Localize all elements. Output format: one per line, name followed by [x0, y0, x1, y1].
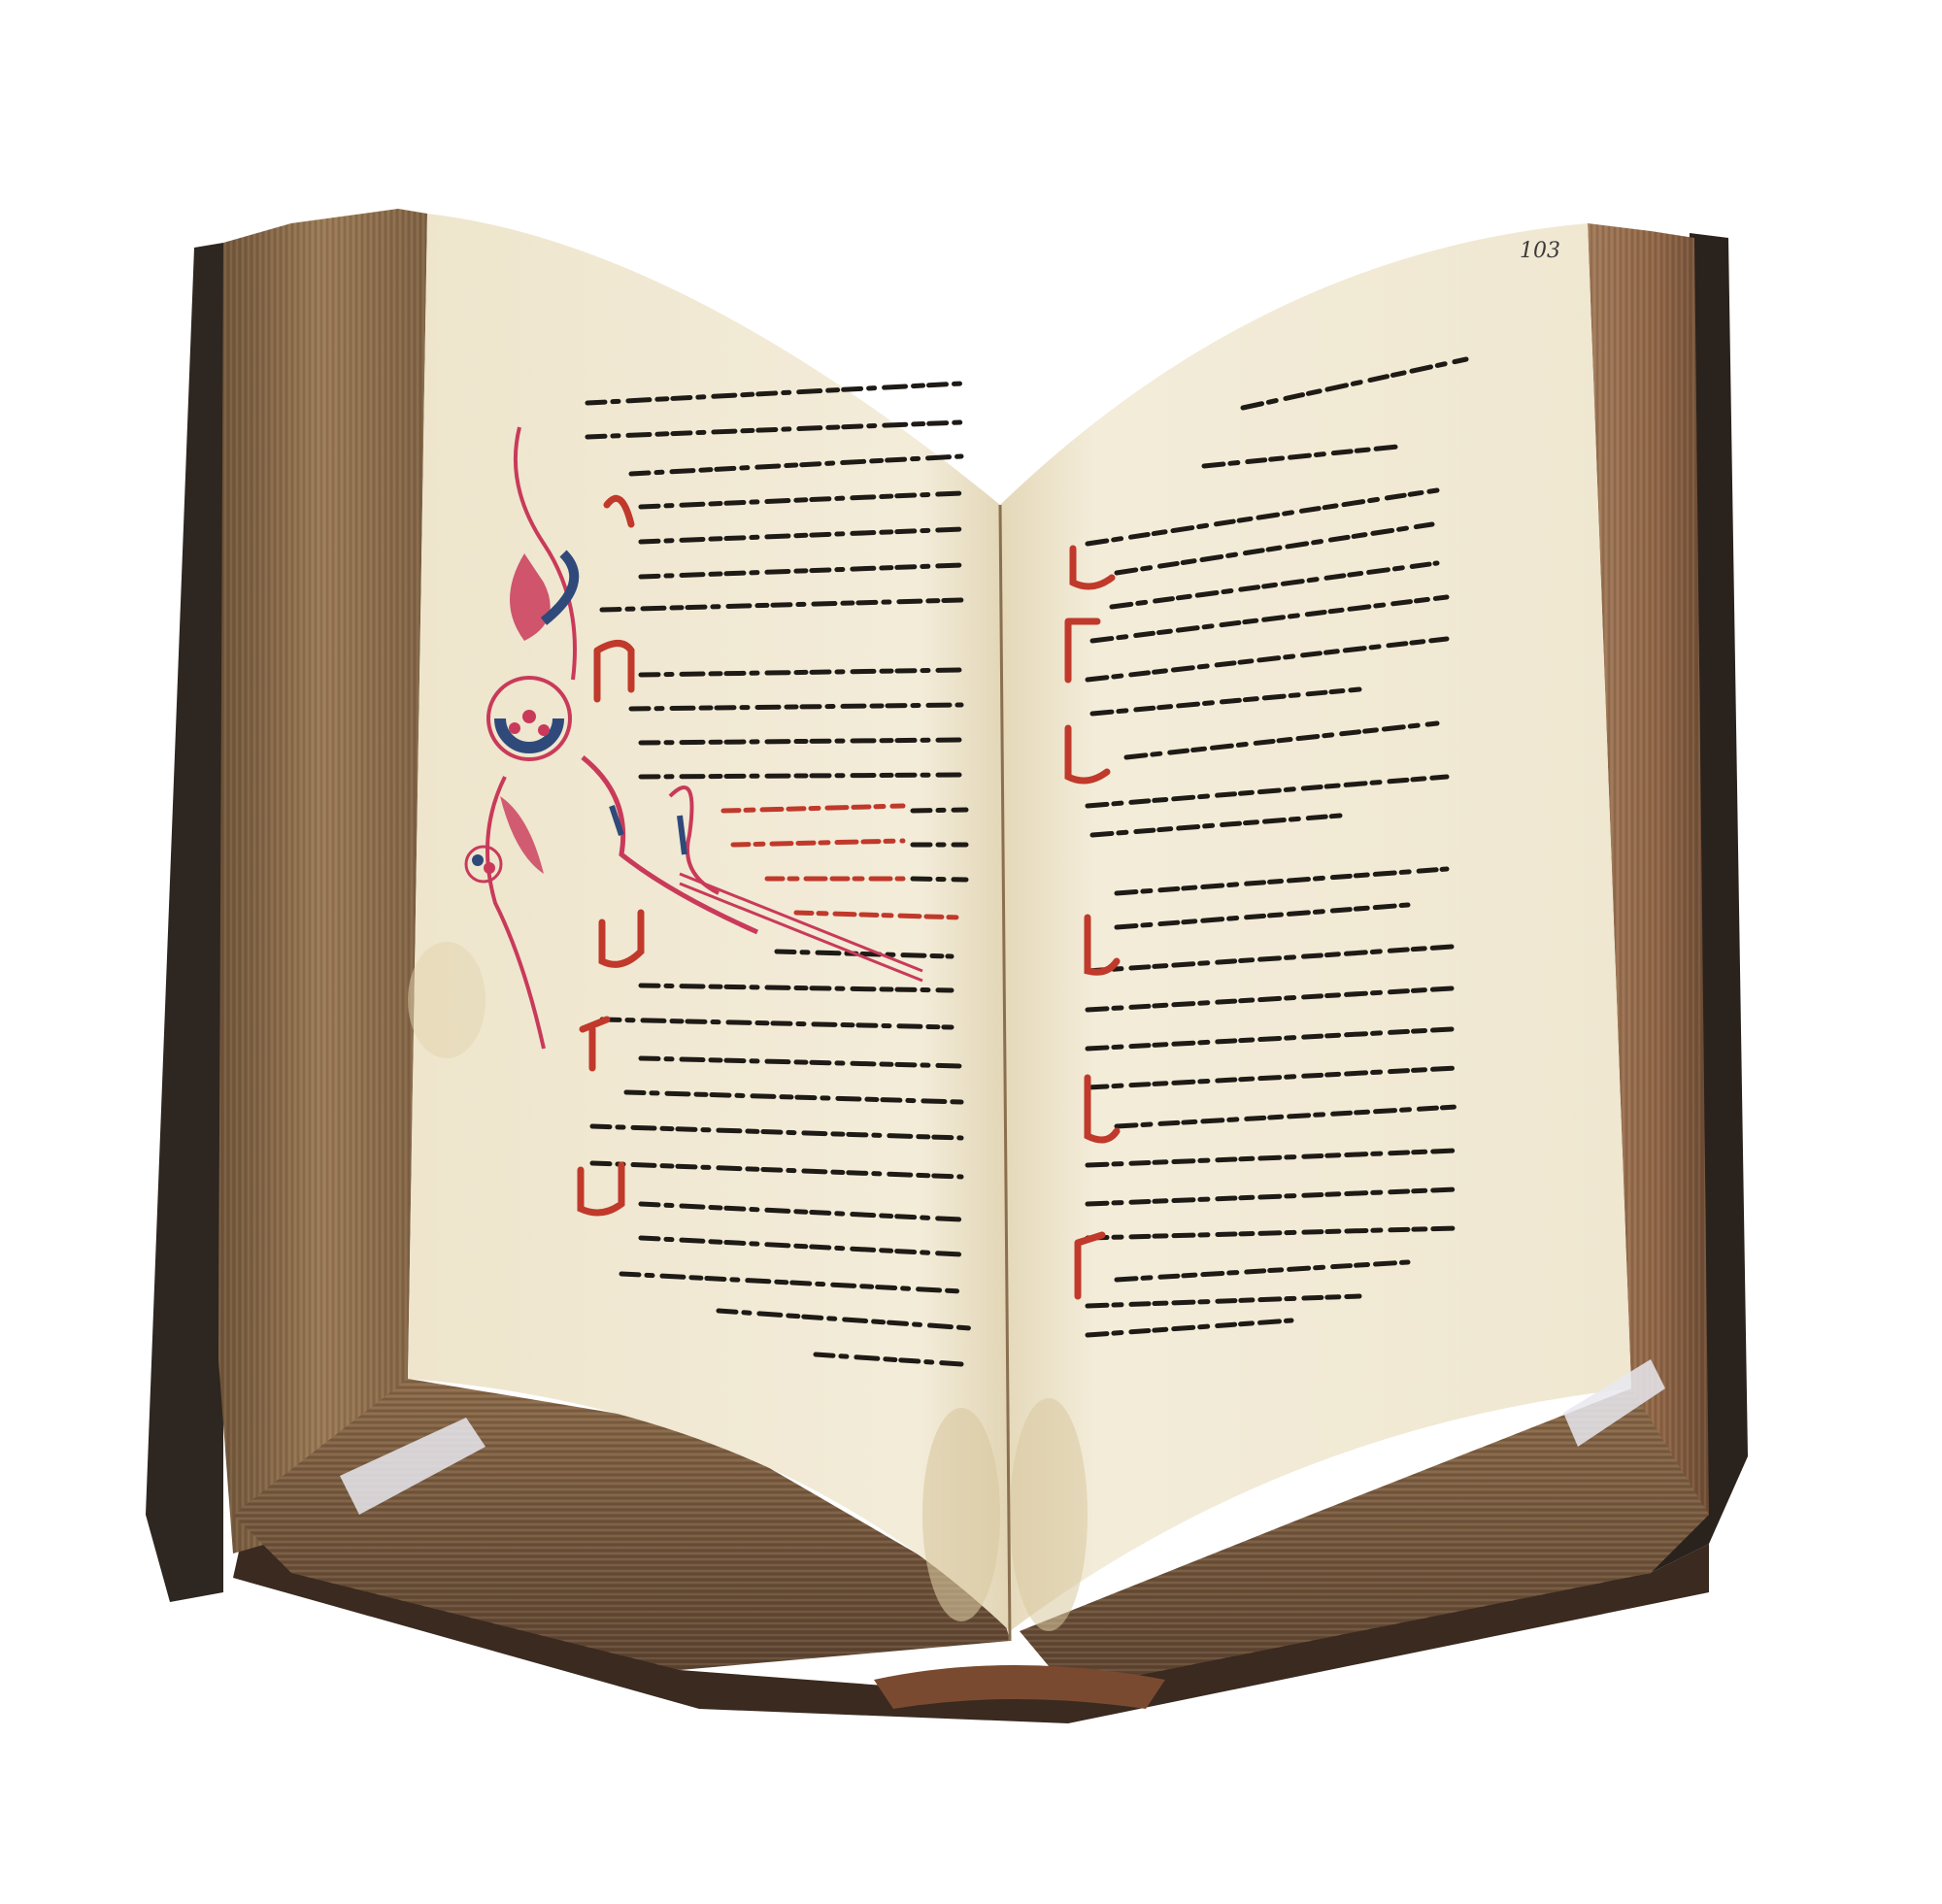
- left-fore-edge: [218, 209, 427, 1553]
- right-page: 103: [1000, 223, 1631, 1631]
- folio-number: 103: [1520, 239, 1560, 263]
- photo-stage: 103: [0, 0, 1942, 1904]
- manuscript-illustration: 103: [0, 0, 1942, 1904]
- water-stain: [922, 1408, 1000, 1621]
- water-stain: [1010, 1398, 1088, 1631]
